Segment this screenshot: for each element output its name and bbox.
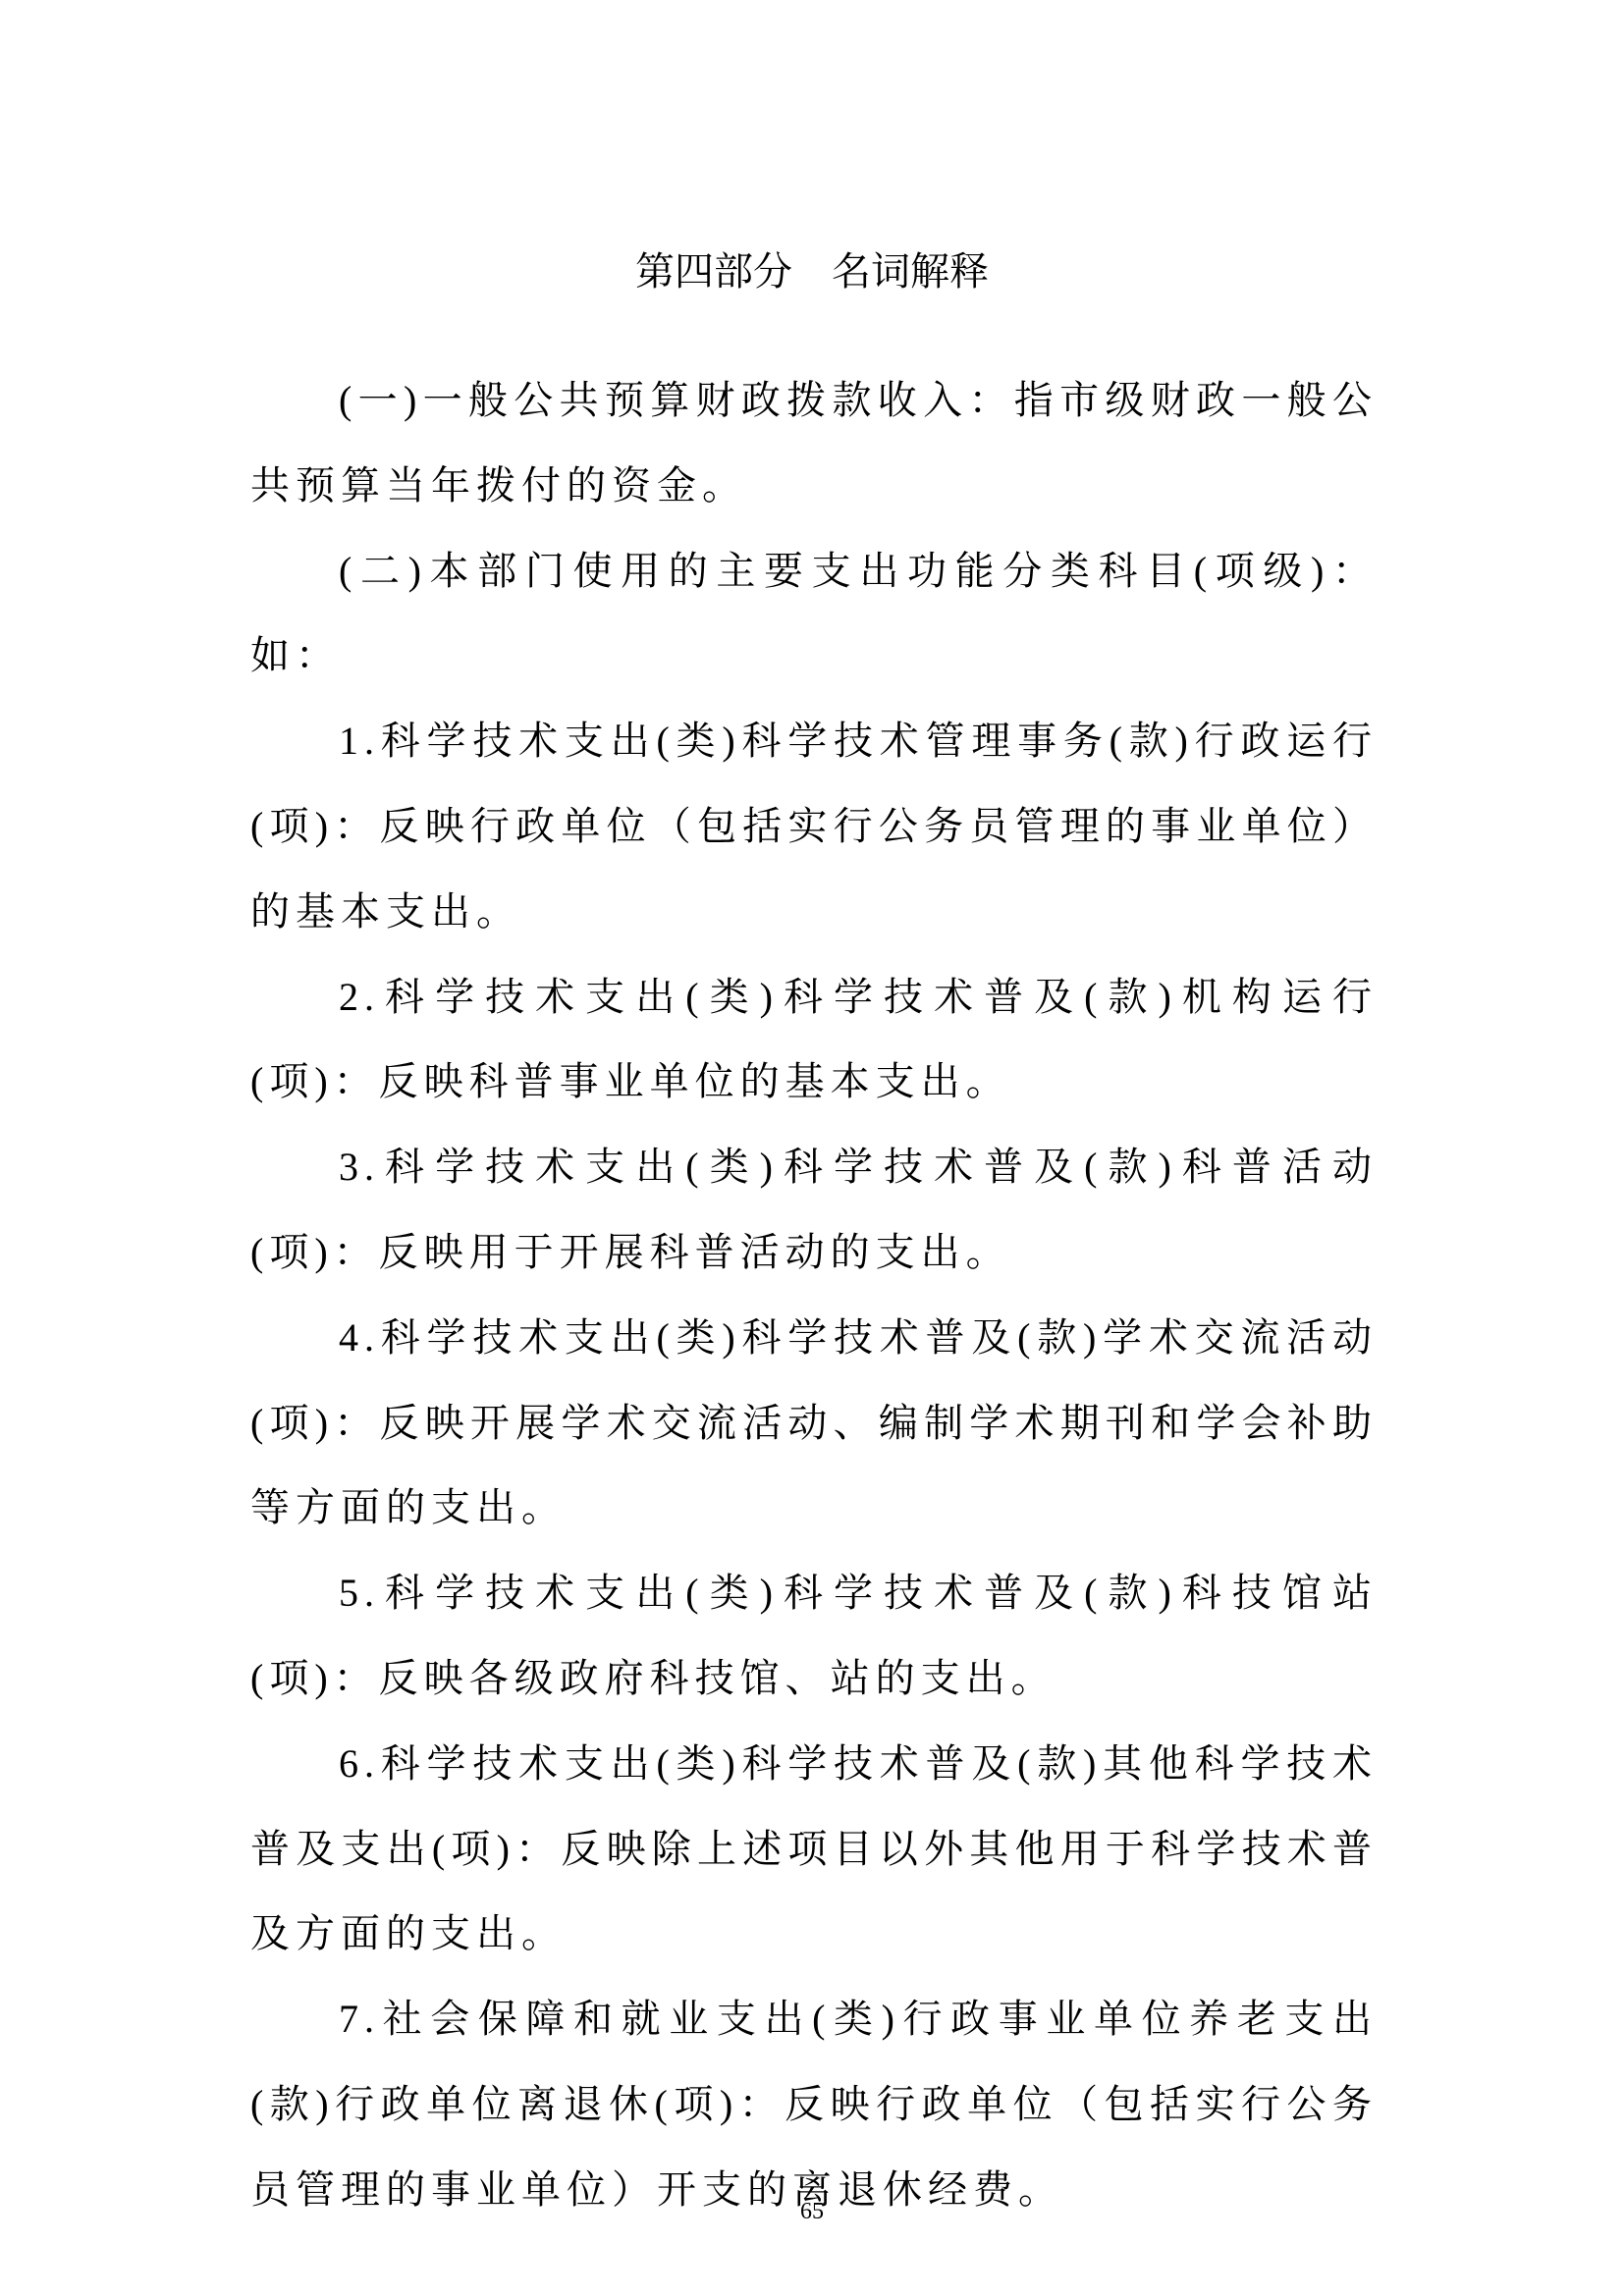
paragraph-item-3: 3.科学技术支出(类)科学技术普及(款)科普活动(项)：反映用于开展科普活动的支…: [250, 1125, 1378, 1296]
paragraph-general-budget-income: (一)一般公共预算财政拨款收入：指市级财政一般公共预算当年拨付的资金。: [250, 358, 1378, 529]
document-page: 第四部分 名词解释 (一)一般公共预算财政拨款收入：指市级财政一般公共预算当年拨…: [0, 0, 1624, 2296]
paragraph-item-4: 4.科学技术支出(类)科学技术普及(款)学术交流活动(项)：反映开展学术交流活动…: [250, 1296, 1378, 1551]
section-title: 第四部分 名词解释: [0, 244, 1624, 299]
paragraph-item-1: 1.科学技术支出(类)科学技术管理事务(款)行政运行(项)：反映行政单位（包括实…: [250, 699, 1378, 954]
document-body: (一)一般公共预算财政拨款收入：指市级财政一般公共预算当年拨付的资金。 (二)本…: [250, 358, 1378, 2233]
paragraph-item-5: 5.科学技术支出(类)科学技术普及(款)科技馆站(项)：反映各级政府科技馆、站的…: [250, 1551, 1378, 1722]
page-number: 65: [0, 2199, 1624, 2225]
paragraph-expenditure-categories-intro: (二)本部门使用的主要支出功能分类科目(项级)：如：: [250, 529, 1378, 700]
paragraph-item-6: 6.科学技术支出(类)科学技术普及(款)其他科学技术普及支出(项)：反映除上述项…: [250, 1722, 1378, 1977]
paragraph-item-7: 7.社会保障和就业支出(类)行政事业单位养老支出(款)行政单位离退休(项)：反映…: [250, 1977, 1378, 2232]
paragraph-item-2: 2.科学技术支出(类)科学技术普及(款)机构运行(项)：反映科普事业单位的基本支…: [250, 955, 1378, 1126]
